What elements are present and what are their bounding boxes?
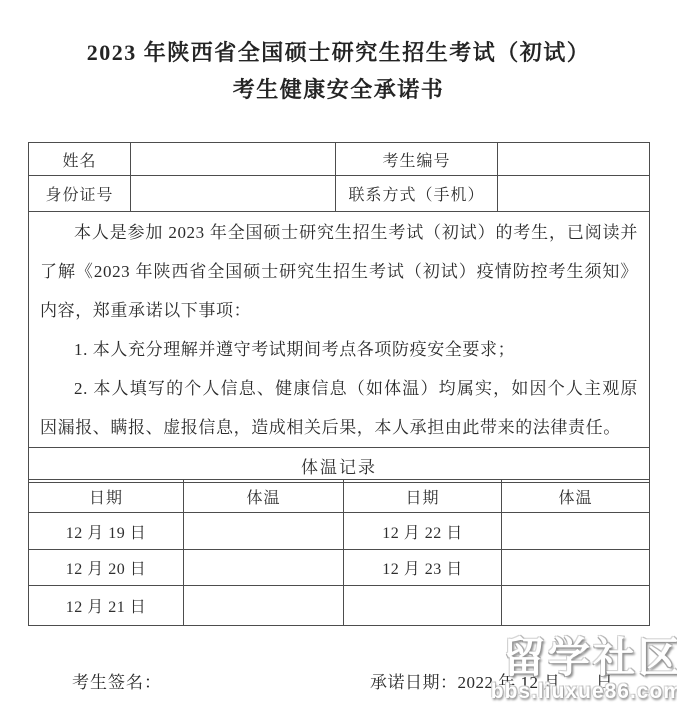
temp-value-cell xyxy=(184,550,344,586)
temp-value-cell xyxy=(502,586,650,626)
temp-value-cell xyxy=(502,550,650,586)
signature-label: 考生签名： xyxy=(72,668,162,693)
info-row-id: 身份证号 联系方式（手机） xyxy=(29,176,650,212)
pledge-paragraph: 本人是参加 2023 年全国硕士研究生招生考试（初试）的考生，已阅读并了解《20… xyxy=(40,213,638,330)
temp-header-1: 体温 xyxy=(184,480,344,513)
date-header-1: 日期 xyxy=(29,480,184,513)
watermark-url: bbs.liuxue86.com xyxy=(491,681,677,702)
temperature-row: 12 月 21 日 xyxy=(29,586,650,626)
date-cell xyxy=(344,586,502,626)
contact-value-cell xyxy=(498,176,650,212)
id-label: 身份证号 xyxy=(29,176,131,212)
date-cell: 12 月 23 日 xyxy=(344,550,502,586)
temperature-table: 日期 体温 日期 体温 12 月 19 日 12 月 22 日 12 月 20 … xyxy=(28,479,650,626)
temp-header-2: 体温 xyxy=(502,480,650,513)
date-cell: 12 月 19 日 xyxy=(29,513,184,550)
pledge-row: 本人是参加 2023 年全国硕士研究生招生考试（初试）的考生，已阅读并了解《20… xyxy=(29,212,650,448)
candidate-no-value-cell xyxy=(498,143,650,176)
temp-value-cell xyxy=(184,513,344,550)
pledge-item-2: 2. 本人填写的个人信息、健康信息（如体温）均属实，如因个人主观原因漏报、瞒报、… xyxy=(40,369,638,447)
temp-value-cell xyxy=(184,586,344,626)
document-page: 2023 年陕西省全国硕士研究生招生考试（初试） 考生健康安全承诺书 姓名 考生… xyxy=(0,0,677,714)
date-cell: 12 月 21 日 xyxy=(29,586,184,626)
document-title: 2023 年陕西省全国硕士研究生招生考试（初试） 考生健康安全承诺书 xyxy=(0,34,677,108)
pledge-cell: 本人是参加 2023 年全国硕士研究生招生考试（初试）的考生，已阅读并了解《20… xyxy=(29,212,650,448)
title-line-2: 考生健康安全承诺书 xyxy=(0,71,677,108)
name-value-cell xyxy=(131,143,336,176)
candidate-no-label: 考生编号 xyxy=(336,143,498,176)
date-cell: 12 月 22 日 xyxy=(344,513,502,550)
temperature-row: 12 月 20 日 12 月 23 日 xyxy=(29,550,650,586)
name-label: 姓名 xyxy=(29,143,131,176)
info-row-name: 姓名 考生编号 xyxy=(29,143,650,176)
title-line-1: 2023 年陕西省全国硕士研究生招生考试（初试） xyxy=(0,34,677,71)
id-value-cell xyxy=(131,176,336,212)
candidate-info-table: 姓名 考生编号 身份证号 联系方式（手机） 本人是参加 2023 年全国硕士研究… xyxy=(28,142,650,483)
site-watermark: 留学社区 bbs.liuxue86.com xyxy=(491,637,677,702)
temperature-row: 12 月 19 日 12 月 22 日 xyxy=(29,513,650,550)
date-cell: 12 月 20 日 xyxy=(29,550,184,586)
temperature-section-row: 体温记录 xyxy=(29,448,650,483)
contact-label: 联系方式（手机） xyxy=(336,176,498,212)
temperature-section-title: 体温记录 xyxy=(29,448,650,483)
pledge-item-1: 1. 本人充分理解并遵守考试期间考点各项防疫安全要求； xyxy=(40,330,638,369)
temperature-header-row: 日期 体温 日期 体温 xyxy=(29,480,650,513)
date-header-2: 日期 xyxy=(344,480,502,513)
temp-value-cell xyxy=(502,513,650,550)
watermark-text: 留学社区 xyxy=(491,637,677,679)
